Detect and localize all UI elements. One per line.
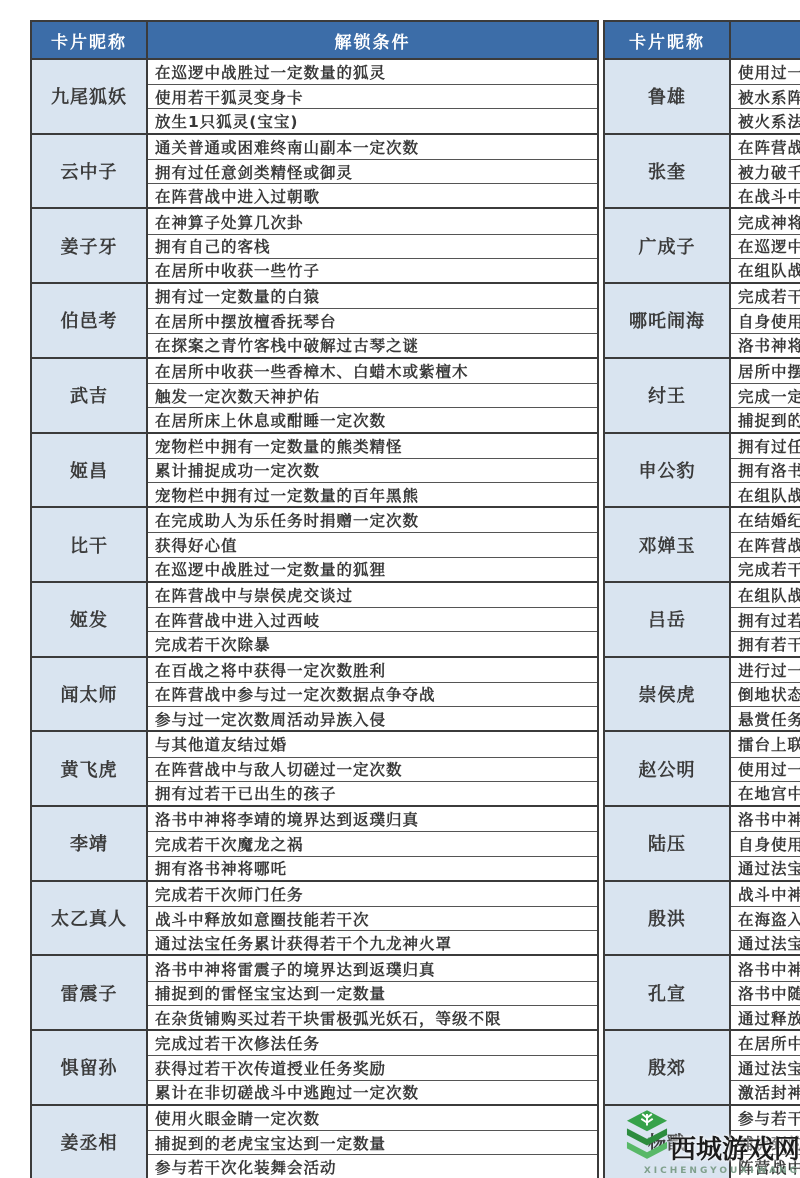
unlock-condition: 宠物栏中拥有过一定数量的百年黑熊 [148, 482, 597, 506]
card-group: 哪吒闹海 完成若干 自身使用 洛书神将 [605, 282, 800, 357]
unlock-condition: 洛书中随 [731, 981, 800, 1005]
unlock-condition: 完成若干次除暴 [148, 631, 597, 655]
unlock-condition: 完成若干 [731, 557, 800, 581]
card-group: 鲁雄 使用过一 被水系阵 被火系法 [605, 60, 800, 133]
unlock-condition: 在组队战 [731, 258, 800, 282]
watermark-title: 西城游戏网 [670, 1137, 800, 1163]
card-group: 九尾狐妖 在巡逻中战胜过一定数量的狐灵 使用若干狐灵变身卡 放生1只狐灵(宝宝) [32, 60, 597, 133]
unlock-condition: 拥有自己的客栈 [148, 234, 597, 258]
unlock-condition: 在居所床上休息或酣睡一定次数 [148, 407, 597, 431]
card-name: 惧留孙 [32, 1031, 148, 1104]
unlock-condition: 完成若干次魔龙之祸 [148, 831, 597, 855]
unlock-condition: 完成过若干次修法任务 [148, 1031, 597, 1055]
unlock-condition: 在地宫中 [731, 781, 800, 805]
unlock-condition: 自身使用 [731, 831, 800, 855]
unlock-condition: 拥有洛书神将哪吒 [148, 856, 597, 880]
card-group: 邓婵玉 在结婚纪 在阵营战 完成若干 [605, 506, 800, 581]
unlock-condition: 完成若干次师门任务 [148, 882, 597, 906]
card-table-right: 卡片昵称 鲁雄 使用过一 被水系阵 被火系法 张奎 在阵营战 被力破千 在战斗中… [603, 20, 800, 1178]
card-name: 殷洪 [605, 882, 731, 955]
unlock-condition: 使用火眼金睛一定次数 [148, 1106, 597, 1130]
unlock-condition: 在巡逻中战胜过一定数量的狐狸 [148, 557, 597, 581]
unlock-condition: 在阵营战中进入过西岐 [148, 607, 597, 631]
unlock-condition: 激活封神 [731, 1080, 800, 1104]
unlock-condition: 在居所中收获一些香樟木、白蜡木或紫檀木 [148, 359, 597, 383]
unlock-condition: 在组队战 [731, 583, 800, 607]
card-unlock-tables: 卡片昵称 解锁条件 九尾狐妖 在巡逻中战胜过一定数量的狐灵 使用若干狐灵变身卡 … [30, 20, 800, 1178]
unlock-condition: 在探案之青竹客栈中破解过古琴之谜 [148, 333, 597, 357]
unlock-condition: 自身使用 [731, 308, 800, 332]
unlock-condition: 完成神将 [731, 209, 800, 233]
unlock-condition: 擂台上联 [731, 732, 800, 756]
card-name: 李靖 [32, 807, 148, 880]
card-group: 孔宣 洛书中神 洛书中随 通过释放 [605, 954, 800, 1029]
card-name: 太乙真人 [32, 882, 148, 955]
unlock-condition: 在百战之将中获得一定次数胜利 [148, 658, 597, 682]
unlock-condition: 在居所中摆放檀香抚琴台 [148, 308, 597, 332]
unlock-condition: 放生1只狐灵(宝宝) [148, 108, 597, 132]
card-name: 吕岳 [605, 583, 731, 656]
unlock-condition: 拥有过一定数量的白猿 [148, 284, 597, 308]
unlock-condition: 拥有过若 [731, 607, 800, 631]
unlock-condition: 在完成助人为乐任务时捐赠一定次数 [148, 508, 597, 532]
table-body-left: 九尾狐妖 在巡逻中战胜过一定数量的狐灵 使用若干狐灵变身卡 放生1只狐灵(宝宝)… [32, 60, 597, 1178]
card-group: 殷洪 战斗中神 在海盗入 通过法宝 [605, 880, 800, 955]
card-group: 张奎 在阵营战 被力破千 在战斗中 [605, 133, 800, 208]
card-group: 伯邑考 拥有过一定数量的白猿 在居所中摆放檀香抚琴台 在探案之青竹客栈中破解过古… [32, 282, 597, 357]
card-name: 殷郊 [605, 1031, 731, 1104]
card-name: 赵公明 [605, 732, 731, 805]
card-group: 姜丞相 使用火眼金睛一定次数 捕捉到的老虎宝宝达到一定数量 参与若干次化装舞会活… [32, 1104, 597, 1178]
unlock-condition: 参与过一定次数周活动异族入侵 [148, 706, 597, 730]
unlock-condition: 宠物栏中拥有一定数量的熊类精怪 [148, 434, 597, 458]
card-name: 孔宣 [605, 956, 731, 1029]
card-name: 姜丞相 [32, 1106, 148, 1178]
unlock-condition: 在阵营战中与敌人切磋过一定次数 [148, 757, 597, 781]
unlock-condition: 拥有洛书 [731, 458, 800, 482]
unlock-condition: 通关普通或困难终南山副本一定次数 [148, 135, 597, 159]
unlock-condition: 获得过若干次传道授业任务奖励 [148, 1055, 597, 1079]
unlock-condition: 获得好心值 [148, 532, 597, 556]
card-group: 姬昌 宠物栏中拥有一定数量的熊类精怪 累计捕捉成功一定次数 宠物栏中拥有过一定数… [32, 432, 597, 507]
unlock-condition: 居所中摆 [731, 359, 800, 383]
unlock-condition: 被力破千 [731, 159, 800, 183]
unlock-condition: 在阵营战中进入过朝歌 [148, 183, 597, 207]
card-group: 崇侯虎 进行过一 倒地状态 悬赏任务 [605, 656, 800, 731]
card-group: 太乙真人 完成若干次师门任务 战斗中释放如意圈技能若干次 通过法宝任务累计获得若… [32, 880, 597, 955]
unlock-condition: 完成一定 [731, 383, 800, 407]
unlock-condition: 在阵营战 [731, 532, 800, 556]
column-header-card-name: 卡片昵称 [32, 22, 148, 58]
unlock-condition: 触发一定次数天神护佑 [148, 383, 597, 407]
column-header-card-name: 卡片昵称 [605, 22, 731, 58]
unlock-condition: 倒地状态 [731, 682, 800, 706]
column-header-unlock-conditions [731, 22, 800, 58]
unlock-condition: 悬赏任务 [731, 706, 800, 730]
unlock-condition: 通过法宝任务累计获得若干个九龙神火罩 [148, 930, 597, 954]
unlock-condition: 通过释放 [731, 1005, 800, 1029]
card-group: 闻太师 在百战之将中获得一定次数胜利 在阵营战中参与过一定次数据点争夺战 参与过… [32, 656, 597, 731]
unlock-condition: 洛书中神将李靖的境界达到返璞归真 [148, 807, 597, 831]
unlock-condition: 拥有过任意剑类精怪或御灵 [148, 159, 597, 183]
unlock-condition: 使用过一 [731, 757, 800, 781]
card-group: 吕岳 在组队战 拥有过若 拥有若干 [605, 581, 800, 656]
card-name: 申公豹 [605, 434, 731, 507]
card-name: 姜子牙 [32, 209, 148, 282]
card-group: 黄飞虎 与其他道友结过婚 在阵营战中与敌人切磋过一定次数 拥有过若干已出生的孩子 [32, 730, 597, 805]
card-name: 纣王 [605, 359, 731, 432]
unlock-condition: 通过法宝 [731, 930, 800, 954]
card-group: 陆压 洛书中神 自身使用 通过法宝 [605, 805, 800, 880]
unlock-condition: 洛书中神将雷震子的境界达到返璞归真 [148, 956, 597, 980]
unlock-condition: 捕捉到的 [731, 407, 800, 431]
card-name: 哪吒闹海 [605, 284, 731, 357]
unlock-condition: 被水系阵 [731, 84, 800, 108]
card-name: 黄飞虎 [32, 732, 148, 805]
unlock-condition: 通过法宝 [731, 856, 800, 880]
unlock-condition: 拥有过任 [731, 434, 800, 458]
unlock-condition: 在组队战 [731, 482, 800, 506]
unlock-condition: 使用若干狐灵变身卡 [148, 84, 597, 108]
unlock-condition: 在阵营战 [731, 135, 800, 159]
card-name: 九尾狐妖 [32, 60, 148, 133]
page: 卡片昵称 解锁条件 九尾狐妖 在巡逻中战胜过一定数量的狐灵 使用若干狐灵变身卡 … [0, 0, 800, 1178]
unlock-condition: 洛书中神 [731, 956, 800, 980]
table-header-right: 卡片昵称 [605, 22, 800, 60]
unlock-condition: 参与若干次化装舞会活动 [148, 1154, 597, 1178]
card-group: 比干 在完成助人为乐任务时捐赠一定次数 获得好心值 在巡逻中战胜过一定数量的狐狸 [32, 506, 597, 581]
table-header-left: 卡片昵称 解锁条件 [32, 22, 597, 60]
card-name: 闻太师 [32, 658, 148, 731]
card-name: 鲁雄 [605, 60, 731, 133]
watermark-row: 西城游戏网 [626, 1109, 800, 1163]
unlock-condition: 在居所中 [731, 1031, 800, 1055]
unlock-condition: 进行过一 [731, 658, 800, 682]
unlock-condition: 累计捕捉成功一定次数 [148, 458, 597, 482]
card-group: 殷郊 在居所中 通过法宝 激活封神 [605, 1029, 800, 1104]
unlock-condition: 在战斗中 [731, 183, 800, 207]
card-group: 赵公明 擂台上联 使用过一 在地宫中 [605, 730, 800, 805]
unlock-condition: 战斗中释放如意圈技能若干次 [148, 906, 597, 930]
unlock-condition: 洛书中神 [731, 807, 800, 831]
card-name: 雷震子 [32, 956, 148, 1029]
column-header-unlock-conditions: 解锁条件 [148, 22, 597, 58]
unlock-condition: 在阵营战中参与过一定次数据点争夺战 [148, 682, 597, 706]
unlock-condition: 捕捉到的老虎宝宝达到一定数量 [148, 1130, 597, 1154]
unlock-condition: 与其他道友结过婚 [148, 732, 597, 756]
card-group: 惧留孙 完成过若干次修法任务 获得过若干次传道授业任务奖励 累计在非切磋战斗中逃… [32, 1029, 597, 1104]
unlock-condition: 在巡逻中 [731, 234, 800, 258]
unlock-condition: 使用过一 [731, 60, 800, 84]
card-name: 张奎 [605, 135, 731, 208]
card-group: 姬发 在阵营战中与崇侯虎交谈过 在阵营战中进入过西岐 完成若干次除暴 [32, 581, 597, 656]
site-watermark: 西城游戏网 XICHENGYOUXIWANG [626, 1109, 800, 1176]
card-group: 武吉 在居所中收获一些香樟木、白蜡木或紫檀木 触发一定次数天神护佑 在居所床上休… [32, 357, 597, 432]
card-name: 伯邑考 [32, 284, 148, 357]
watermark-subtitle: XICHENGYOUXIWANG [644, 1166, 800, 1176]
card-name: 邓婵玉 [605, 508, 731, 581]
card-name: 崇侯虎 [605, 658, 731, 731]
unlock-condition: 战斗中神 [731, 882, 800, 906]
card-group: 云中子 通关普通或困难终南山副本一定次数 拥有过任意剑类精怪或御灵 在阵营战中进… [32, 133, 597, 208]
card-name: 广成子 [605, 209, 731, 282]
card-name: 姬昌 [32, 434, 148, 507]
unlock-condition: 累计在非切磋战斗中逃跑过一定次数 [148, 1080, 597, 1104]
unlock-condition: 被火系法 [731, 108, 800, 132]
card-group: 姜子牙 在神算子处算几次卦 拥有自己的客栈 在居所中收获一些竹子 [32, 207, 597, 282]
card-group: 广成子 完成神将 在巡逻中 在组队战 [605, 207, 800, 282]
card-table-left: 卡片昵称 解锁条件 九尾狐妖 在巡逻中战胜过一定数量的狐灵 使用若干狐灵变身卡 … [30, 20, 599, 1178]
unlock-condition: 拥有若干 [731, 631, 800, 655]
card-group: 李靖 洛书中神将李靖的境界达到返璞归真 完成若干次魔龙之祸 拥有洛书神将哪吒 [32, 805, 597, 880]
unlock-condition: 在结婚纪 [731, 508, 800, 532]
unlock-condition: 捕捉到的雷怪宝宝达到一定数量 [148, 981, 597, 1005]
card-group: 雷震子 洛书中神将雷震子的境界达到返璞归真 捕捉到的雷怪宝宝达到一定数量 在杂货… [32, 954, 597, 1029]
table-body-right: 鲁雄 使用过一 被水系阵 被火系法 张奎 在阵营战 被力破千 在战斗中 广成子 … [605, 60, 800, 1178]
unlock-condition: 拥有过若干已出生的孩子 [148, 781, 597, 805]
unlock-condition: 在神算子处算几次卦 [148, 209, 597, 233]
card-group: 申公豹 拥有过任 拥有洛书 在组队战 [605, 432, 800, 507]
unlock-condition: 通过法宝 [731, 1055, 800, 1079]
unlock-condition: 在阵营战中与崇侯虎交谈过 [148, 583, 597, 607]
card-name: 武吉 [32, 359, 148, 432]
card-name: 陆压 [605, 807, 731, 880]
xicheng-leaf-logo-icon [626, 1109, 668, 1163]
unlock-condition: 完成若干 [731, 284, 800, 308]
card-name: 比干 [32, 508, 148, 581]
card-name: 姬发 [32, 583, 148, 656]
unlock-condition: 洛书神将 [731, 333, 800, 357]
unlock-condition: 在居所中收获一些竹子 [148, 258, 597, 282]
unlock-condition: 在海盗入 [731, 906, 800, 930]
unlock-condition: 在巡逻中战胜过一定数量的狐灵 [148, 60, 597, 84]
card-group: 纣王 居所中摆 完成一定 捕捉到的 [605, 357, 800, 432]
card-name: 云中子 [32, 135, 148, 208]
unlock-condition: 在杂货铺购买过若干块雷极弧光妖石，等级不限 [148, 1005, 597, 1029]
